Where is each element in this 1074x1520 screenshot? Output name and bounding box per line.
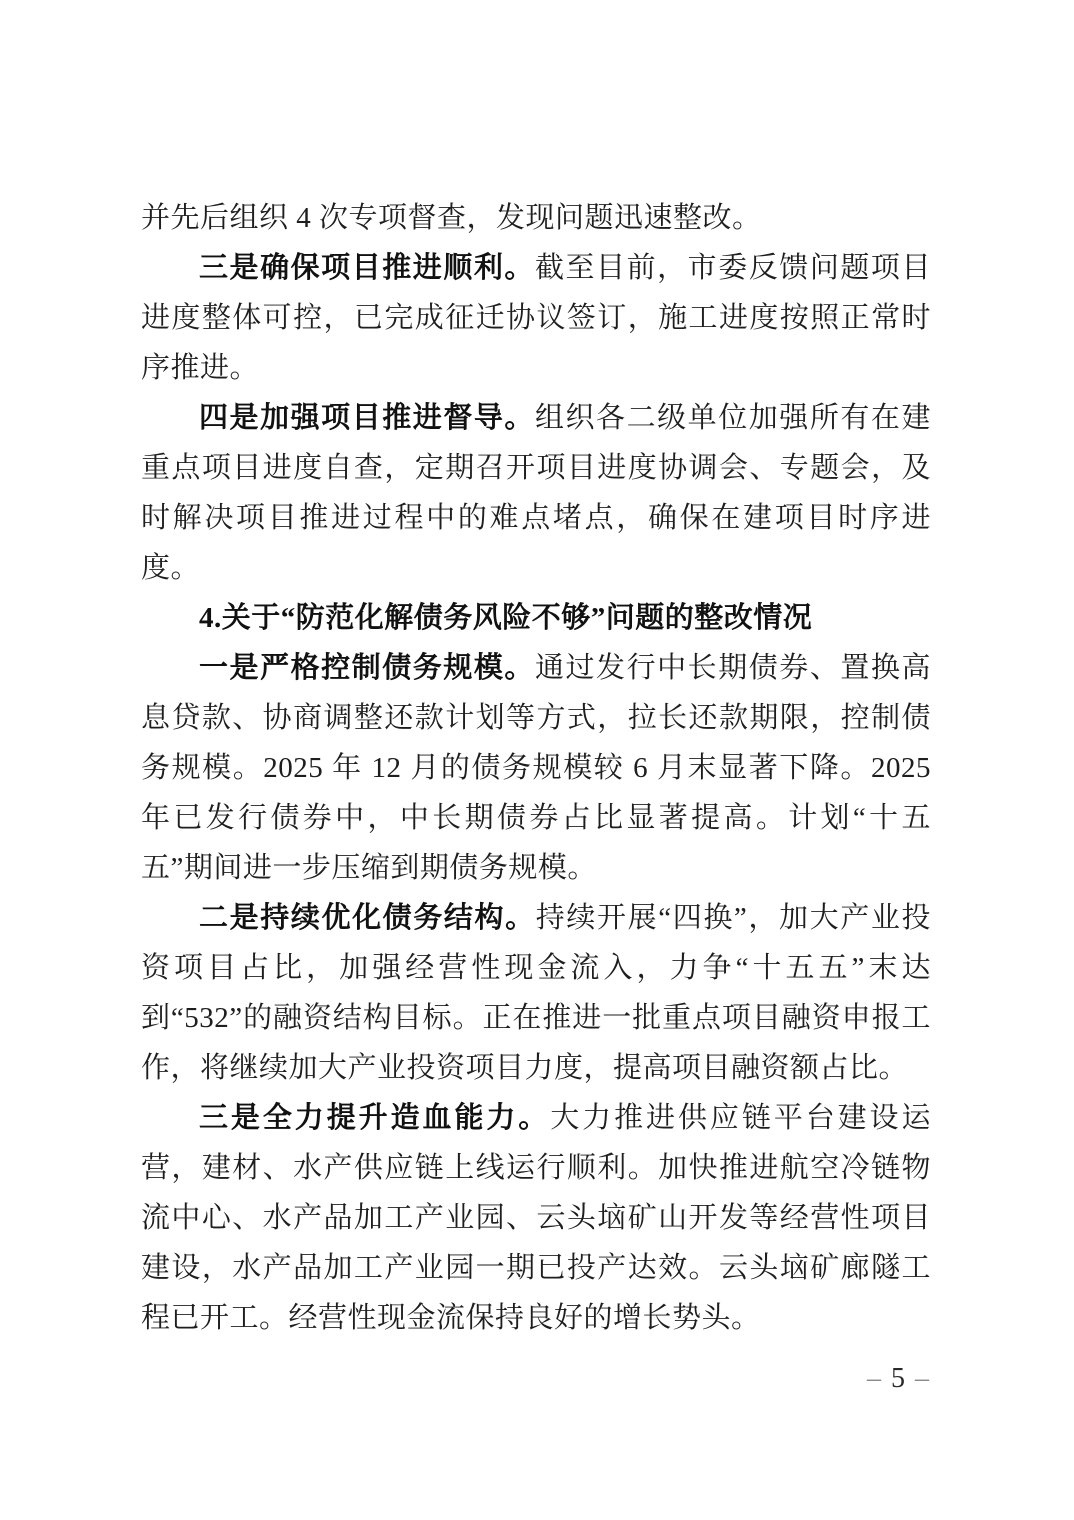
page-number-dash-right: –	[915, 1363, 931, 1394]
text-run: 并先后组织 4 次专项督查，发现问题迅速整改。	[141, 202, 762, 234]
text-run: 三是确保项目推进顺利。	[199, 252, 535, 284]
text-run: 四是加强项目推进督导。	[199, 402, 535, 434]
text-run: 4.关于“防范化解债务风险不够”问题的整改情况	[199, 602, 812, 634]
paragraph: 并先后组织 4 次专项督查，发现问题迅速整改。	[141, 193, 931, 243]
paragraph: 三是确保项目推进顺利。截至目前，市委反馈问题项目进度整体可控，已完成征迁协议签订…	[141, 243, 931, 393]
document-body: 并先后组织 4 次专项督查，发现问题迅速整改。三是确保项目推进顺利。截至目前，市…	[141, 193, 931, 1343]
page-number: –5–	[141, 1362, 931, 1396]
text-run: 三是全力提升造血能力。	[199, 1102, 550, 1134]
paragraph: 四是加强项目推进督导。组织各二级单位加强所有在建重点项目进度自查，定期召开项目进…	[141, 393, 931, 593]
paragraph: 一是严格控制债务规模。通过发行中长期债券、置换高息贷款、协商调整还款计划等方式，…	[141, 643, 931, 893]
text-run: 通过发行中长期债券、置换高息贷款、协商调整还款计划等方式，拉长还款期限，控制债务…	[141, 652, 931, 884]
paragraph: 三是全力提升造血能力。大力推进供应链平台建设运营，建材、水产供应链上线运行顺利。…	[141, 1093, 931, 1343]
page-number-value: 5	[883, 1363, 915, 1394]
text-run: 大力推进供应链平台建设运营，建材、水产供应链上线运行顺利。加快推进航空冷链物流中…	[141, 1102, 931, 1334]
text-run: 二是持续优化债务结构。	[199, 902, 536, 934]
document-page: 并先后组织 4 次专项督查，发现问题迅速整改。三是确保项目推进顺利。截至目前，市…	[0, 0, 1074, 1520]
text-run: 一是严格控制债务规模。	[199, 652, 535, 684]
page-number-dash-left: –	[867, 1363, 883, 1394]
paragraph: 二是持续优化债务结构。持续开展“四换”，加大产业投资项目占比，加强经营性现金流入…	[141, 893, 931, 1093]
section-heading: 4.关于“防范化解债务风险不够”问题的整改情况	[141, 593, 931, 643]
